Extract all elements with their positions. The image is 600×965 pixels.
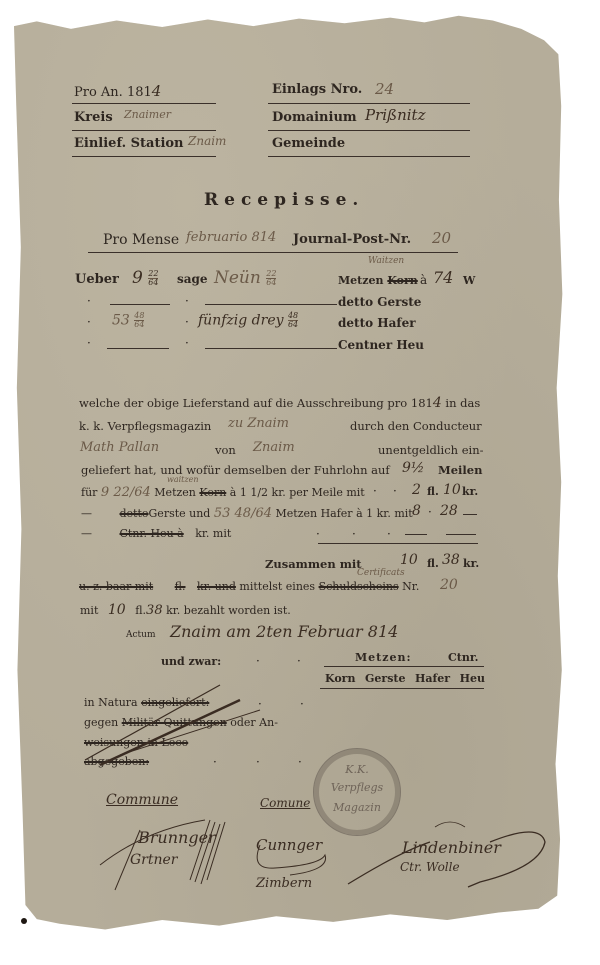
body-line-3-end: unentgeldlich ein- — [378, 443, 484, 457]
body-line-4: geliefert hat, und wofür demselben der F… — [81, 463, 390, 477]
col-korn: Korn — [325, 672, 355, 685]
journal-value: 20 — [432, 229, 451, 247]
summary-columns: Korn Gerste Hafer Heu — [325, 672, 485, 685]
ueber-label: Ueber — [75, 272, 119, 287]
dot: · — [256, 654, 260, 668]
dot: · — [316, 527, 320, 541]
dot: · — [297, 654, 301, 668]
cancel-strokes — [80, 680, 280, 770]
dot: · — [185, 315, 189, 329]
dot: · — [298, 755, 302, 769]
korn-price-unit: W — [463, 274, 475, 287]
korn-correction-2: waitzen — [167, 475, 199, 484]
line5-fl-value: 2 — [412, 482, 421, 498]
conducteur-name: Math Pallan — [80, 440, 159, 455]
kreis-label: Kreis — [74, 110, 113, 125]
payment-line: u. z. baar mit fl. kr. und mittelst eine… — [79, 580, 419, 593]
dot: · — [373, 484, 377, 498]
line5-kr-label: kr. — [462, 485, 478, 498]
actum-label: Actum — [126, 630, 156, 640]
paid-line: mit 10 fl.38 kr. bezahlt worden ist. — [80, 602, 291, 618]
dot: · — [185, 294, 189, 308]
col-hafer: Hafer — [415, 672, 450, 685]
dot: · — [87, 336, 91, 350]
meilen-value: 9½ — [402, 460, 424, 476]
signature-left-flourish — [95, 810, 235, 900]
line5-fl-label: fl. — [427, 485, 439, 498]
line6-kr-value: 28 — [440, 503, 458, 519]
korn-correction: Waitzen — [368, 256, 404, 266]
total-kr-label: kr. — [463, 557, 479, 570]
sage-label: sage — [177, 272, 208, 286]
total-kr-value: 38 — [442, 552, 460, 568]
body-line-6: — dettoGerste und 53 48/64 Metzen Hafer … — [81, 506, 413, 521]
domainium-value: Prißnitz — [365, 106, 425, 124]
signature-right-flourish — [340, 812, 560, 892]
station-value: Znaim — [188, 134, 226, 148]
year-label: Pro An. 1814 — [74, 82, 161, 100]
einlags-label: Einlags Nro. — [272, 82, 362, 97]
dot: · — [393, 484, 397, 498]
hafer-label: detto Hafer — [338, 316, 416, 330]
actum-value: Znaim am 2ten Februar 814 — [170, 622, 398, 641]
body-line-2-end: durch den Conducteur — [350, 419, 482, 433]
gemeinde-label: Gemeinde — [272, 136, 345, 151]
dot: · — [87, 294, 91, 308]
signature-middle-label: Comune — [260, 796, 310, 810]
dot: · — [428, 505, 432, 519]
und-zwar-label: und zwar: — [161, 655, 221, 668]
paper-hole — [21, 918, 27, 924]
korn-qty: 9 2264 — [132, 268, 158, 288]
von-label: von — [215, 443, 236, 457]
dot: · — [185, 336, 189, 350]
schuld-correction: Certificats — [357, 568, 405, 578]
total-label: Zusammen mit — [265, 557, 362, 571]
dot: · — [352, 527, 356, 541]
domainium-label: Domainium — [272, 110, 357, 125]
pro-mense-value: februario 814 — [186, 230, 276, 245]
signature-middle-flourish — [250, 840, 340, 890]
magazin-value: zu Znaim — [228, 416, 289, 431]
price-prefix: à — [420, 273, 427, 287]
total-fl-label: fl. — [427, 557, 439, 570]
kreis-value: Znaimer — [124, 108, 171, 121]
body-line-2: k. k. Verpflegsmagazin — [79, 419, 211, 433]
korn-words: Neün 2264 — [214, 268, 276, 288]
body-line-1: welche der obige Lieferstand auf die Aus… — [79, 395, 480, 411]
hafer-words: fünfzig drey 4864 — [198, 312, 298, 329]
conducteur-place: Znaim — [253, 440, 295, 455]
signature-left-label: Commune — [106, 792, 178, 808]
dot: · — [87, 315, 91, 329]
ctnr-header: Ctnr. — [448, 651, 478, 664]
col-heu: Heu — [460, 672, 485, 685]
station-label: Einlief. Station — [74, 136, 184, 151]
korn-price: 74 — [433, 268, 453, 287]
schuld-nr-value: 20 — [440, 577, 458, 593]
einlags-value: 24 — [375, 80, 394, 98]
journal-label: Journal-Post-Nr. — [293, 232, 411, 247]
line5-kr-value: 10 — [443, 482, 461, 498]
meilen-label: Meilen — [438, 463, 482, 477]
dot: · — [387, 527, 391, 541]
total-fl-value: 10 — [400, 552, 418, 568]
col-gerste: Gerste — [365, 672, 405, 685]
metzen-header: Metzen: — [355, 651, 412, 664]
korn-unit: Metzen Korn — [338, 274, 418, 287]
gerste-label: detto Gerste — [338, 295, 421, 309]
dot: · — [300, 697, 304, 711]
body-line-7: — Ctnr. Heu à kr. mit — [81, 527, 231, 540]
document-title: Recepisse. — [204, 190, 364, 210]
pro-mense-label: Pro Mense — [103, 232, 179, 248]
heu-label: Centner Heu — [338, 338, 424, 352]
body-line-5: für 9 22/64 Metzen Korn à 1 1/2 kr. per … — [81, 485, 365, 500]
hafer-qty: 53 4864 — [112, 312, 144, 329]
line6-fl-value: 8 — [412, 503, 421, 519]
